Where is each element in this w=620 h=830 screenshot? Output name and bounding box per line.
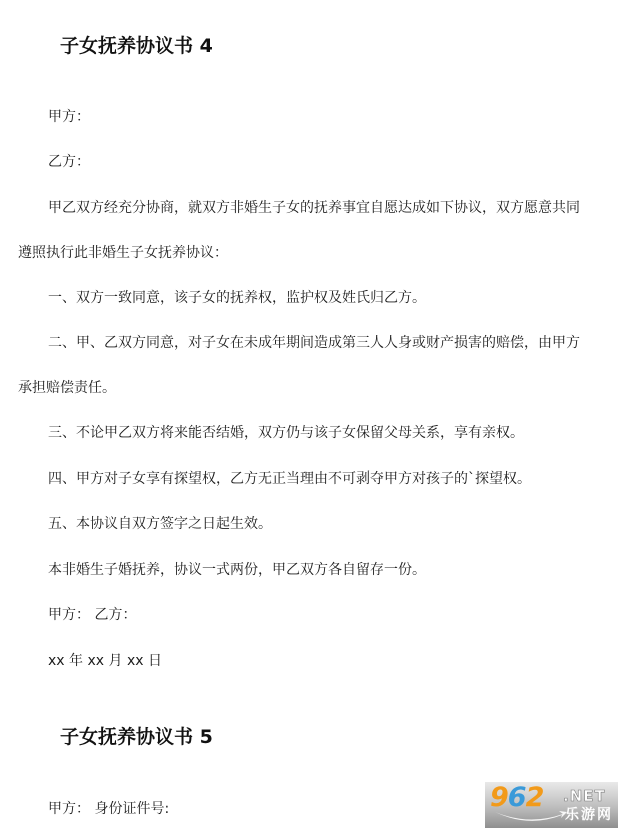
clause-3: 三、不论甲乙双方将来能否结婚，双方仍与该子女保留父母关系，享有亲权。	[48, 424, 524, 442]
clause-1: 一、双方一致同意，该子女的抚养权，监护权及姓氏归乙方。	[48, 289, 426, 307]
clause-5: 五、本协议自双方签字之日起生效。	[48, 515, 272, 533]
document-page: 子女抚养协议书 4 甲方： 乙方： 甲乙双方经充分协商，就双方非婚生子女的抚养事…	[0, 0, 620, 830]
watermark-net-text: .NET	[563, 787, 606, 805]
section-4-title: 子女抚养协议书 4	[60, 34, 213, 58]
intro-paragraph-line-2: 遵照执行此非婚生子女抚养协议：	[18, 244, 228, 262]
party-a-label: 甲方：	[48, 108, 90, 126]
intro-paragraph-line-1: 甲乙双方经充分协商，就双方非婚生子女的抚养事宜自愿达成如下协议，双方愿意共同	[48, 199, 580, 217]
clause-2-line-2: 承担赔偿责任。	[18, 379, 116, 397]
site-watermark-logo: 962 .NET 乐游网	[485, 782, 618, 828]
closing-statement: 本非婚生子婚抚养，协议一式两份，甲乙双方各自留存一份。	[48, 561, 426, 579]
signature-line: 甲方： 乙方：	[48, 606, 136, 624]
watermark-chinese-text: 乐游网	[565, 806, 613, 824]
clause-4: 四、甲方对子女享有探望权，乙方无正当理由不可剥夺甲方对孩子的`探望权。	[48, 470, 531, 488]
clause-2-line-1: 二、甲、乙双方同意，对子女在未成年期间造成第三人人身或财产损害的赔偿，由甲方	[48, 334, 580, 352]
date-line: xx 年 xx 月 xx 日	[48, 652, 162, 670]
party-b-label: 乙方：	[48, 153, 90, 171]
watermark-swoosh-icon	[493, 808, 567, 824]
party-a-id-line: 甲方： 身份证件号:	[48, 800, 169, 818]
section-5-title: 子女抚养协议书 5	[60, 725, 213, 749]
